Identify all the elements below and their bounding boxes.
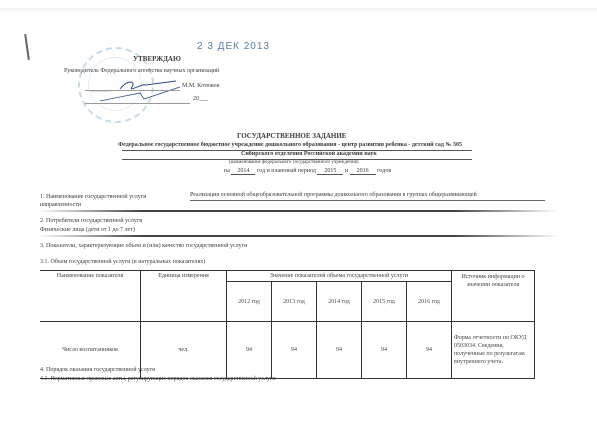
header-year-2016: 2016 год	[407, 282, 452, 322]
scan-margin-mark	[24, 34, 30, 60]
date-line	[85, 103, 190, 104]
cell-value-2016: 94	[407, 322, 452, 379]
approval-position: Руководитель Федерального агентства науч…	[64, 68, 219, 74]
period-suffix: годов	[377, 168, 391, 174]
header-values-group: Значение показателей объема государствен…	[227, 271, 452, 282]
institution-caption: (наименование федерального государственн…	[229, 160, 359, 165]
cell-value-2014: 94	[317, 322, 362, 379]
received-date-stamp: 2 3 ДЕК 2013	[197, 41, 270, 52]
section-1-underline	[190, 200, 545, 201]
period-line: на 2014 год и плановый период 2015 и 201…	[224, 168, 391, 175]
approval-title: УТВЕРЖДАЮ	[133, 55, 181, 63]
table-header-row: Наименование показателя Единица измерени…	[40, 271, 535, 282]
approval-date: 20___	[193, 96, 208, 102]
cell-value-2015: 94	[362, 322, 407, 379]
header-year-2013: 2013 год	[272, 282, 317, 322]
institution-name-line2: Сибирского отделения Российской академии…	[241, 151, 377, 157]
header-year-2012: 2012 год	[227, 282, 272, 322]
period-and: и	[345, 168, 348, 174]
section-3-label: 3. Показатели, характеризующие объем и (…	[40, 243, 247, 249]
period-year: 2014	[231, 168, 255, 175]
section-4-label: 4. Порядок оказания государственной услу…	[40, 367, 155, 373]
signature-line	[85, 90, 180, 91]
scan-edge-shadow	[0, 8, 597, 14]
section-4-1-label: 4.1. Нормативные правовые акты, регулиру…	[40, 376, 276, 382]
section-2-value: Физические лица (дети от 1 до 7 лет)	[40, 227, 135, 233]
plan-year-1: 2015	[317, 168, 343, 175]
section-1-continuation: направленности	[40, 202, 81, 208]
section-1-label: 1. Наименование государственной услуги	[40, 194, 146, 200]
section-2-label: 2. Потребители государственной услуги	[40, 218, 142, 224]
header-indicator: Наименование показателя	[40, 271, 141, 322]
document-title: ГОСУДАРСТВЕННОЕ ЗАДАНИЕ	[237, 132, 346, 140]
section-1-divider	[38, 210, 558, 212]
header-year-2014: 2014 год	[317, 282, 362, 322]
institution-name-line1: Федеральное государственное бюджетное уч…	[118, 142, 462, 148]
section-1-value: Реализация основной общеобразовательной …	[190, 192, 477, 198]
volume-indicators-table: Наименование показателя Единица измерени…	[40, 270, 535, 379]
plan-year-2: 2016	[350, 168, 376, 175]
approval-signatory: М.М. Котюков	[182, 83, 219, 89]
cell-source: Форма отчетности по ОКУД 0503034. Сведен…	[452, 322, 535, 379]
section-3-1-label: 3.1. Объем государственной услуги (в нат…	[40, 259, 205, 265]
period-prefix: на	[224, 168, 230, 174]
cell-value-2012: 94	[227, 322, 272, 379]
header-year-2015: 2015 год	[362, 282, 407, 322]
header-source: Источник информации о значении показател…	[452, 271, 535, 322]
cell-value-2013: 94	[272, 322, 317, 379]
period-middle: год и плановый период	[257, 168, 316, 174]
header-unit: Единица измерения	[141, 271, 227, 322]
section-2-divider	[38, 235, 558, 237]
